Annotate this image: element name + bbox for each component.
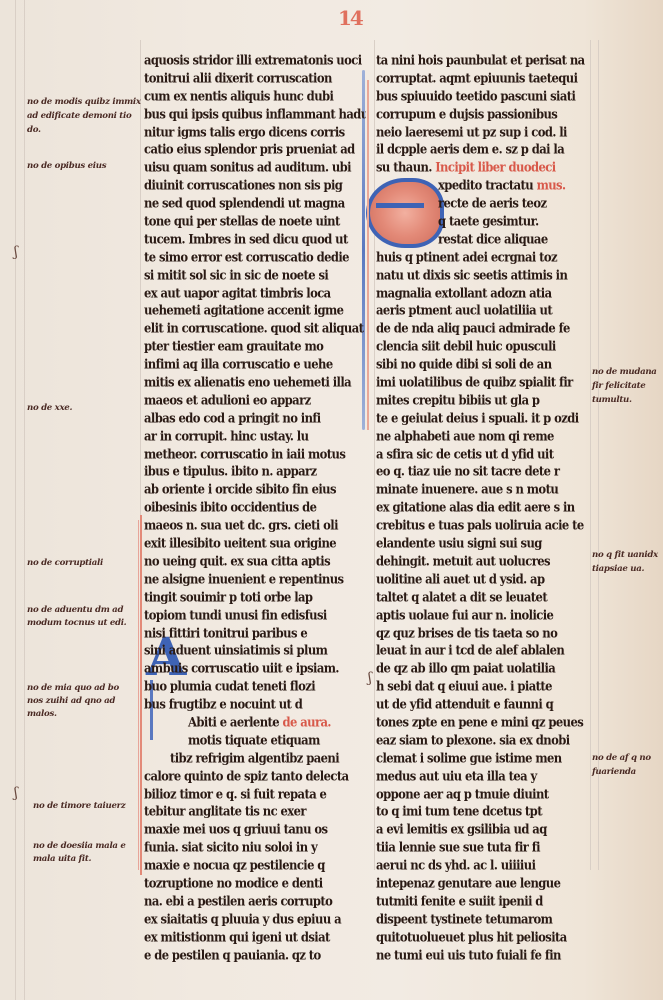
marginal-note-right: fir felicitate	[592, 380, 645, 392]
marginal-note-left: no de corruptiali	[27, 557, 103, 569]
marginal-note-left: nos zuihi ad qno ad	[27, 695, 115, 707]
marginal-note-left: do.	[27, 124, 41, 136]
vertical-ruling-col-b-left	[374, 40, 375, 870]
marginal-note-right: no q fit uanidx	[592, 549, 658, 561]
text-column-a: aquosis stridor illi extrematonis uoci t…	[144, 52, 366, 964]
marginal-note-left: no de xxe.	[27, 402, 72, 414]
marginal-note-left: modum tocnus ut edi.	[27, 617, 126, 629]
rubric-book-incipit: Incipit liber duodeci	[435, 159, 555, 175]
paragraph-mark: ʃ	[368, 670, 372, 686]
vertical-ruling-col-b-right	[590, 40, 591, 870]
marginal-note-right: no de mudana	[592, 366, 657, 378]
marginal-note-left: no de modis quibz immix	[27, 96, 141, 108]
marginal-note-right: tumultu.	[592, 394, 632, 406]
marginal-note-left: no de timore taiuerz	[33, 800, 125, 812]
manuscript-page: 14 A ʃ ʃ ʃ aquosis stridor illi extremat…	[0, 0, 663, 1000]
red-ruling-col-a	[138, 520, 139, 870]
paragraph-mark: ʃ	[14, 244, 18, 260]
marginal-note-right: no de af q no	[592, 752, 651, 764]
text-fragment: Abiti e aerlente	[188, 714, 283, 730]
text-fragment: xpedito tractatu	[438, 177, 537, 193]
marginal-note-left: no de opibus eius	[27, 160, 106, 172]
marginal-note-left: ad edificate demoni tio	[27, 110, 131, 122]
marginal-note-right: fuarienda	[592, 766, 636, 778]
rubric-book-incipit-cont: mus.	[537, 177, 566, 193]
vertical-ruling-left-2	[24, 0, 25, 1000]
marginal-note-left: mala uita fit.	[33, 853, 91, 865]
initial-a-flourish-red	[140, 515, 142, 875]
initial-flourish-red	[367, 80, 369, 430]
marginal-note-left: no de mia quo ad bo	[27, 682, 119, 694]
text-line: ne tumi eui uis tuto fuiali fe fin	[376, 945, 590, 966]
marginal-note-left: malos.	[27, 708, 57, 720]
text-column-b: ta nini hois paunbulat et perisat na cor…	[376, 52, 590, 964]
paragraph-mark: ʃ	[14, 785, 18, 801]
vertical-ruling-col-b-right-2	[598, 40, 599, 870]
marginal-note-right: tiapsiae ua.	[592, 563, 644, 575]
vertical-ruling-left	[15, 0, 16, 1000]
rubric-de-aura: de aura.	[283, 714, 331, 730]
text-fragment: su thaun.	[376, 159, 435, 175]
marginal-note-left: no de doesiia mala e	[33, 840, 126, 852]
marginal-note-left: no de aduentu dm ad	[27, 604, 123, 616]
folio-number: 14	[338, 6, 362, 30]
text-line: e de pestilen q pauiania. qz to	[144, 945, 366, 966]
